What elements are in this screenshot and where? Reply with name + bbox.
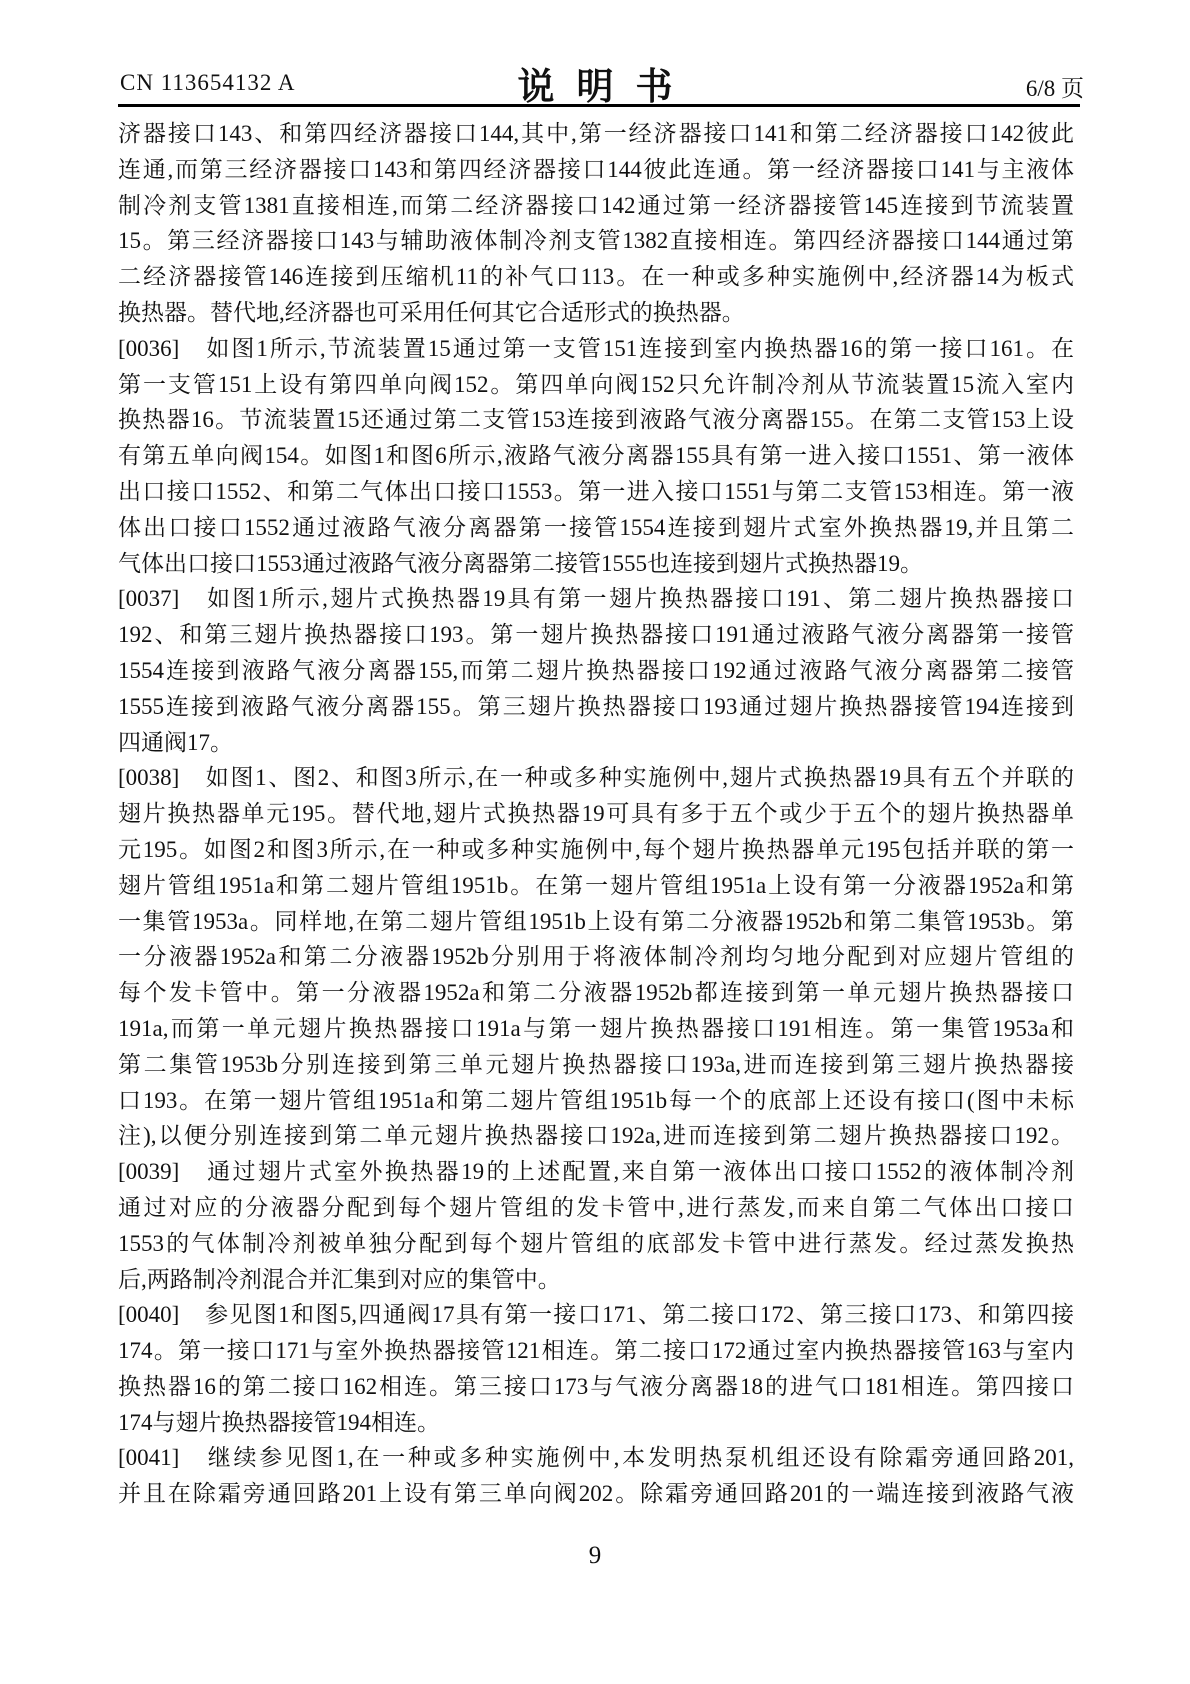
text-line: 15。第三经济器接口143与辅助液体制冷剂支管1382直接相连。第四经济器接口1… [118, 223, 1074, 259]
text-line: 通过对应的分液器分配到每个翅片管组的发卡管中,进行蒸发,而来自第二气体出口接口 [118, 1190, 1074, 1226]
page-number: 9 [0, 1542, 1190, 1570]
text-line: 元195。如图2和图3所示,在一种或多种实施例中,每个翅片换热器单元195包括并… [118, 832, 1074, 868]
sheet-indicator: 6/8 页 [1026, 70, 1084, 103]
text-line: [0041] 继续参见图1,在一种或多种实施例中,本发明热泵机组还设有除霜旁通回… [118, 1440, 1074, 1476]
text-line: 后,两路制冷剂混合并汇集到对应的集管中。 [118, 1262, 1074, 1298]
text-line: 出口接口1552、和第二气体出口接口1553。第一进入接口1551与第二支管15… [118, 474, 1074, 510]
text-line: [0040] 参见图1和图5,四通阀17具有第一接口171、第二接口172、第三… [118, 1297, 1074, 1333]
text-line: 有第五单向阀154。如图1和图6所示,液路气液分离器155具有第一进入接口155… [118, 438, 1074, 474]
text-line: 192、和第三翅片换热器接口193。第一翅片换热器接口191通过液路气液分离器第… [118, 617, 1074, 653]
header-divider [118, 104, 1080, 107]
specification-body: 济器接口143、和第四经济器接口144,其中,第一经济器接口141和第二经济器接… [118, 116, 1074, 1512]
text-line: 1553的气体制冷剂被单独分配到每个翅片管组的底部发卡管中进行蒸发。经过蒸发换热 [118, 1226, 1074, 1262]
text-line: 174与翅片换热器接管194相连。 [118, 1405, 1074, 1441]
text-line: 制冷剂支管1381直接相连,而第二经济器接口142通过第一经济器接管145连接到… [118, 188, 1074, 224]
text-line: [0037] 如图1所示,翅片式换热器19具有第一翅片换热器接口191、第二翅片… [118, 581, 1074, 617]
text-line: [0038] 如图1、图2、和图3所示,在一种或多种实施例中,翅片式换热器19具… [118, 760, 1074, 796]
text-line: 换热器16。节流装置15还通过第二支管153连接到液路气液分离器155。在第二支… [118, 402, 1074, 438]
text-line: [0039] 通过翅片式室外换热器19的上述配置,来自第一液体出口接口1552的… [118, 1154, 1074, 1190]
text-line: 翅片管组1951a和第二翅片管组1951b。在第一翅片管组1951a上设有第一分… [118, 868, 1074, 904]
text-line: 第二集管1953b分别连接到第三单元翅片换热器接口193a,进而连接到第三翅片换… [118, 1047, 1074, 1083]
text-line: 换热器16的第二接口162相连。第三接口173与气液分离器18的进气口181相连… [118, 1369, 1074, 1405]
text-line: 一集管1953a。同样地,在第二翅片管组1951b上设有第二分液器1952b和第… [118, 904, 1074, 940]
text-line: [0036] 如图1所示,节流装置15通过第一支管151连接到室内换热器16的第… [118, 331, 1074, 367]
text-line: 191a,而第一单元翅片换热器接口191a与第一翅片换热器接口191相连。第一集… [118, 1011, 1074, 1047]
text-line: 一分液器1952a和第二分液器1952b分别用于将液体制冷剂均匀地分配到对应翅片… [118, 939, 1074, 975]
text-line: 翅片换热器单元195。替代地,翅片式换热器19可具有多于五个或少于五个的翅片换热… [118, 796, 1074, 832]
text-line: 口193。在第一翅片管组1951a和第二翅片管组1951b每一个的底部上还设有接… [118, 1083, 1074, 1119]
text-line: 济器接口143、和第四经济器接口144,其中,第一经济器接口141和第二经济器接… [118, 116, 1074, 152]
text-line: 注),以便分别连接到第二单元翅片换热器接口192a,进而连接到第二翅片换热器接口… [118, 1118, 1074, 1154]
text-line: 换热器。替代地,经济器也可采用任何其它合适形式的换热器。 [118, 295, 1074, 331]
text-line: 每个发卡管中。第一分液器1952a和第二分液器1952b都连接到第一单元翅片换热… [118, 975, 1074, 1011]
text-line: 1554连接到液路气液分离器155,而第二翅片换热器接口192通过液路气液分离器… [118, 653, 1074, 689]
text-line: 第一支管151上设有第四单向阀152。第四单向阀152只允许制冷剂从节流装置15… [118, 367, 1074, 403]
text-line: 体出口接口1552通过液路气液分离器第一接管1554连接到翅片式室外换热器19,… [118, 510, 1074, 546]
text-line: 四通阀17。 [118, 725, 1074, 761]
text-line: 二经济器接管146连接到压缩机11的补气口113。在一种或多种实施例中,经济器1… [118, 259, 1074, 295]
text-line: 气体出口接口1553通过液路气液分离器第二接管1555也连接到翅片式换热器19。 [118, 546, 1074, 582]
text-line: 174。第一接口171与室外换热器接管121相连。第二接口172通过室内换热器接… [118, 1333, 1074, 1369]
text-line: 并且在除霜旁通回路201上设有第三单向阀202。除霜旁通回路201的一端连接到液… [118, 1476, 1074, 1512]
patent-specification-page: CN 113654132 A 说明书 6/8 页 济器接口143、和第四经济器接… [0, 0, 1190, 1684]
page-title: 说明书 [0, 56, 1190, 110]
text-line: 连通,而第三经济器接口143和第四经济器接口144彼此连通。第一经济器接口141… [118, 152, 1074, 188]
text-line: 1555连接到液路气液分离器155。第三翅片换热器接口193通过翅片换热器接管1… [118, 689, 1074, 725]
